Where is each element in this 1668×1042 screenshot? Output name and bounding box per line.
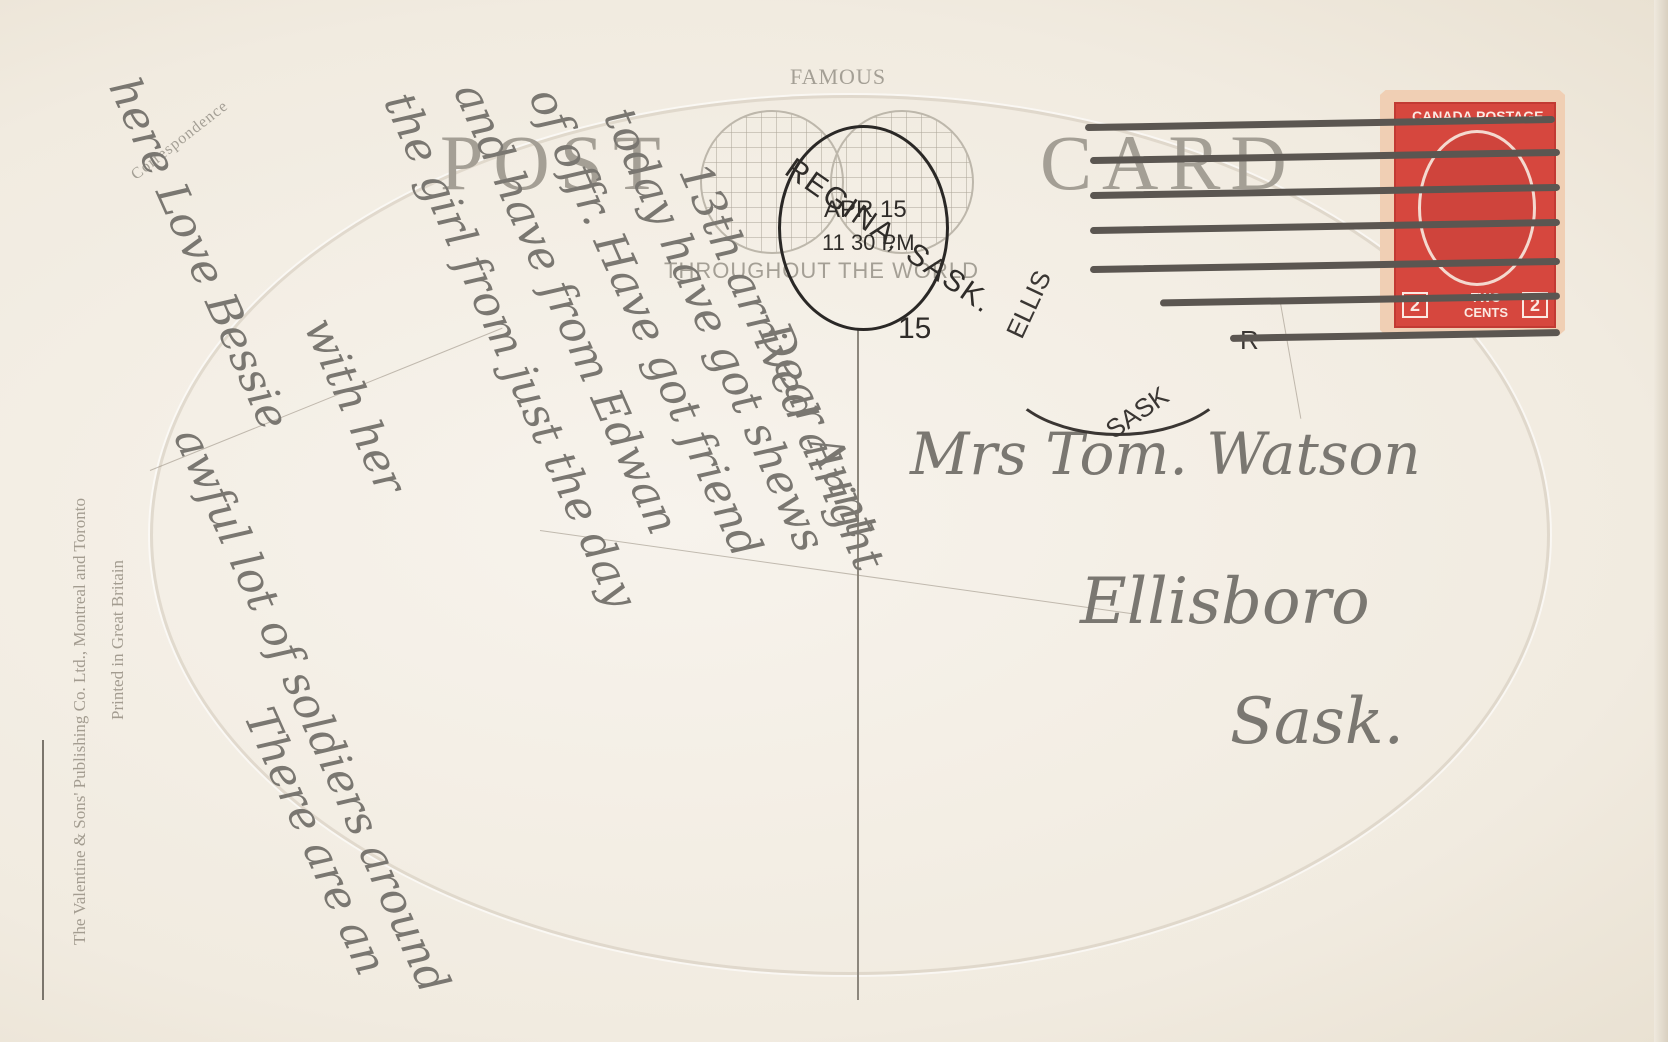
printed-in-credit: Printed in Great Britain [108, 560, 128, 720]
address-province: Sask. [1230, 685, 1404, 759]
address-divider-line [857, 330, 859, 1000]
postmark-time: 11 30 PM [822, 230, 915, 256]
postmark-year: 15 [898, 312, 931, 346]
ellis-postmark-arc [1000, 300, 1236, 436]
publisher-credit: The Valentine & Sons' Publishing Co. Ltd… [70, 498, 90, 945]
postcard: POST CARD FAMOUS THROUGHOUT THE WORLD Co… [0, 0, 1668, 1042]
card-edge [1654, 0, 1668, 1042]
postmark-date: APR 15 [824, 196, 907, 224]
printed-famous-label: FAMOUS [790, 64, 886, 90]
publisher-rule [42, 740, 44, 1000]
address-town: Ellisboro [1080, 565, 1370, 639]
